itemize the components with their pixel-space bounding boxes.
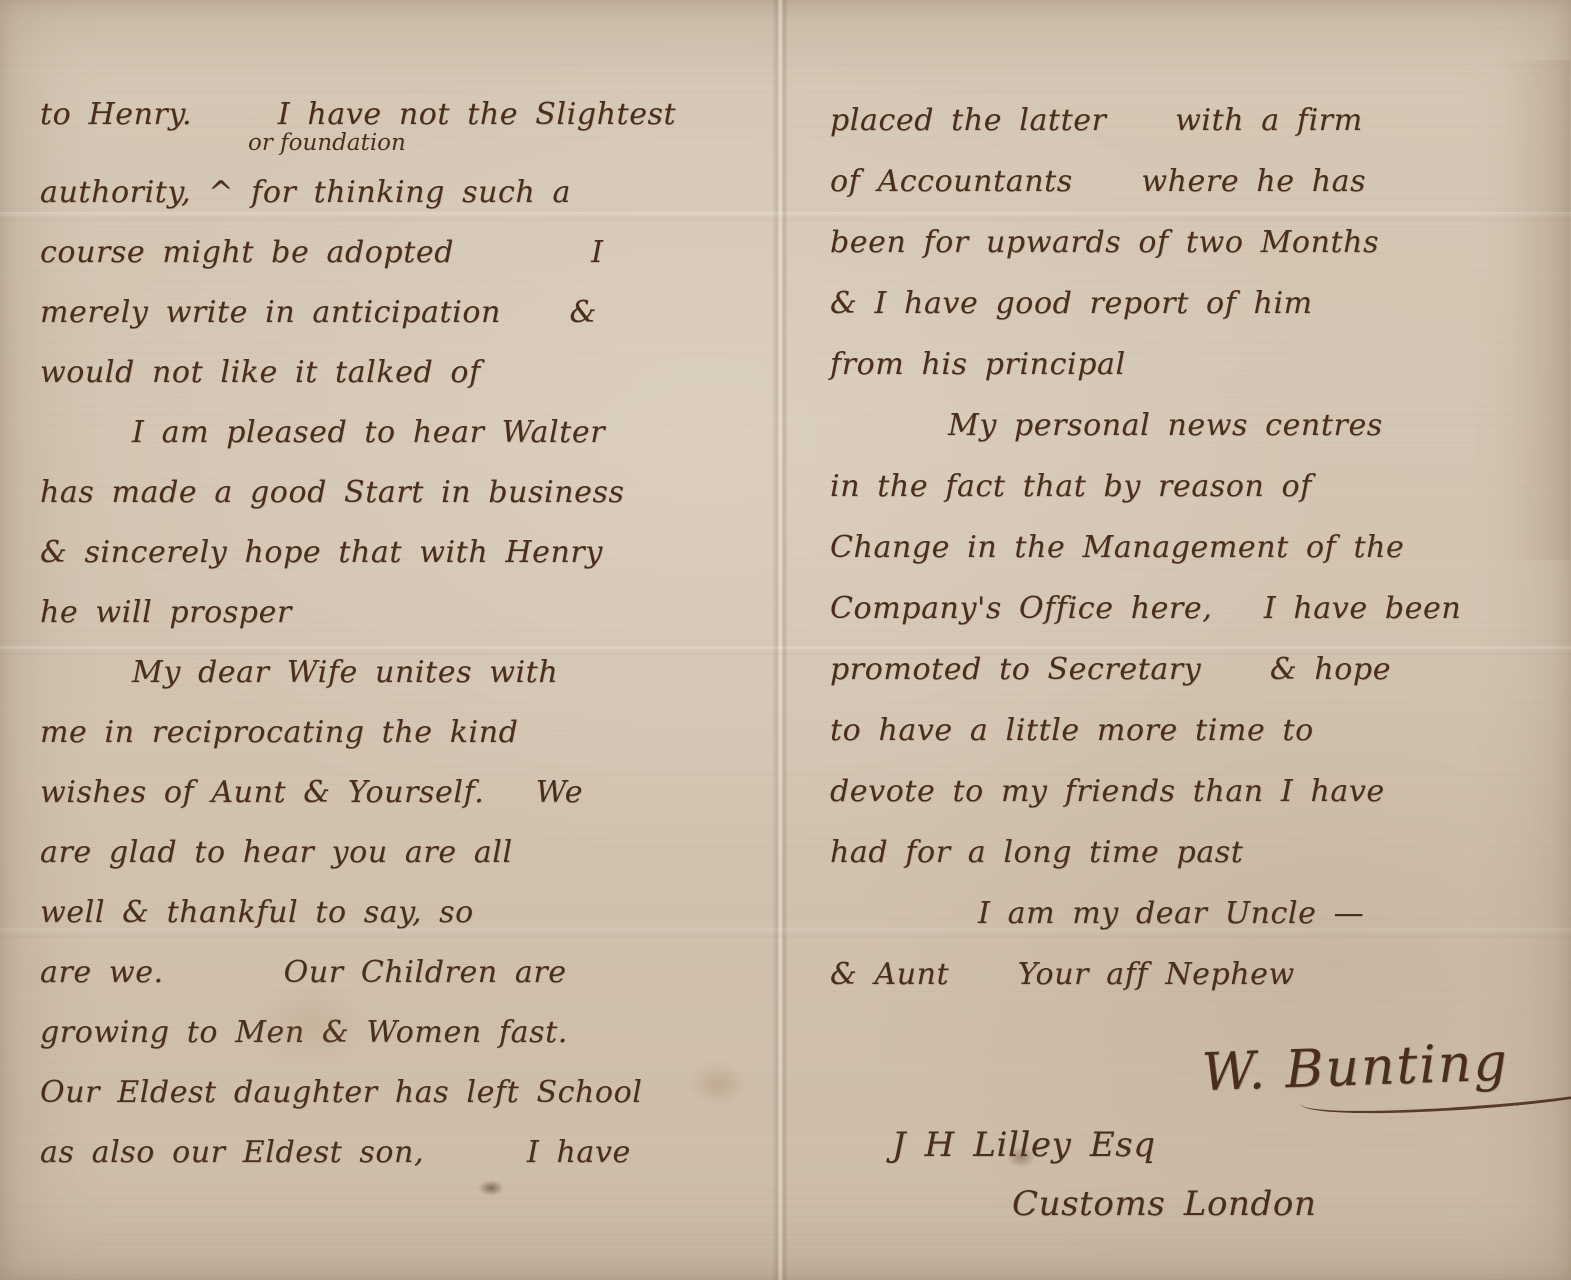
page-left: to Henry. I have not the Slightest or fo… — [0, 0, 778, 1280]
letter-line: Our Eldest daughter has left School — [40, 1064, 762, 1124]
closing-line: I am my dear Uncle — — [830, 885, 1557, 946]
vertical-fold-crease — [772, 0, 788, 1280]
letter-line: wishes of Aunt & Yourself. We — [40, 764, 762, 824]
letter-line: from his principal — [830, 336, 1557, 397]
letter-line: been for upwards of two Months — [830, 214, 1557, 275]
paper-stain — [1006, 1146, 1036, 1168]
letter-line: as also our Eldest son, I have — [40, 1124, 762, 1184]
letter-line: merely write in anticipation & — [40, 284, 762, 344]
letter-line: are we. Our Children are — [40, 944, 762, 1004]
paper-stain — [688, 1062, 748, 1106]
letter-line: are glad to hear you are all — [40, 824, 762, 884]
letter-line: had for a long time past — [830, 824, 1557, 885]
letter-line: has made a good Start in business — [40, 464, 762, 524]
letter-line: would not like it talked of — [40, 344, 762, 404]
page-right: placed the latter with a firm of Account… — [792, 0, 1571, 1280]
letter-scan: to Henry. I have not the Slightest or fo… — [0, 0, 1571, 1280]
letter-line: in the fact that by reason of — [830, 458, 1557, 519]
letter-line: & sincerely hope that with Henry — [40, 524, 762, 584]
closing-line: & Aunt Your aff Nephew — [830, 946, 1557, 1007]
letter-line: he will prosper — [40, 584, 762, 644]
letter-line: placed the latter with a firm — [830, 92, 1557, 153]
letter-line: of Accountants where he has — [830, 153, 1557, 214]
letter-line: Company's Office here, I have been — [830, 580, 1557, 641]
addressee-location: Customs London — [1012, 1171, 1557, 1232]
letter-line: growing to Men & Women fast. — [40, 1004, 762, 1064]
ink-stain — [478, 1180, 504, 1196]
letter-line: devote to my friends than I have — [830, 763, 1557, 824]
letter-line: promoted to Secretary & hope — [830, 641, 1557, 702]
letter-line: to have a little more time to — [830, 702, 1557, 763]
letter-line: My personal news centres — [830, 397, 1557, 458]
letter-line: I am pleased to hear Walter — [40, 404, 762, 464]
letter-line: me in reciprocating the kind — [40, 704, 762, 764]
edge-shadow — [1500, 60, 1570, 560]
letter-line: course might be adopted I — [40, 224, 762, 284]
letter-line: & I have good report of him — [830, 275, 1557, 336]
letter-line: Change in the Management of the — [830, 519, 1557, 580]
paper-stain — [250, 980, 370, 1070]
